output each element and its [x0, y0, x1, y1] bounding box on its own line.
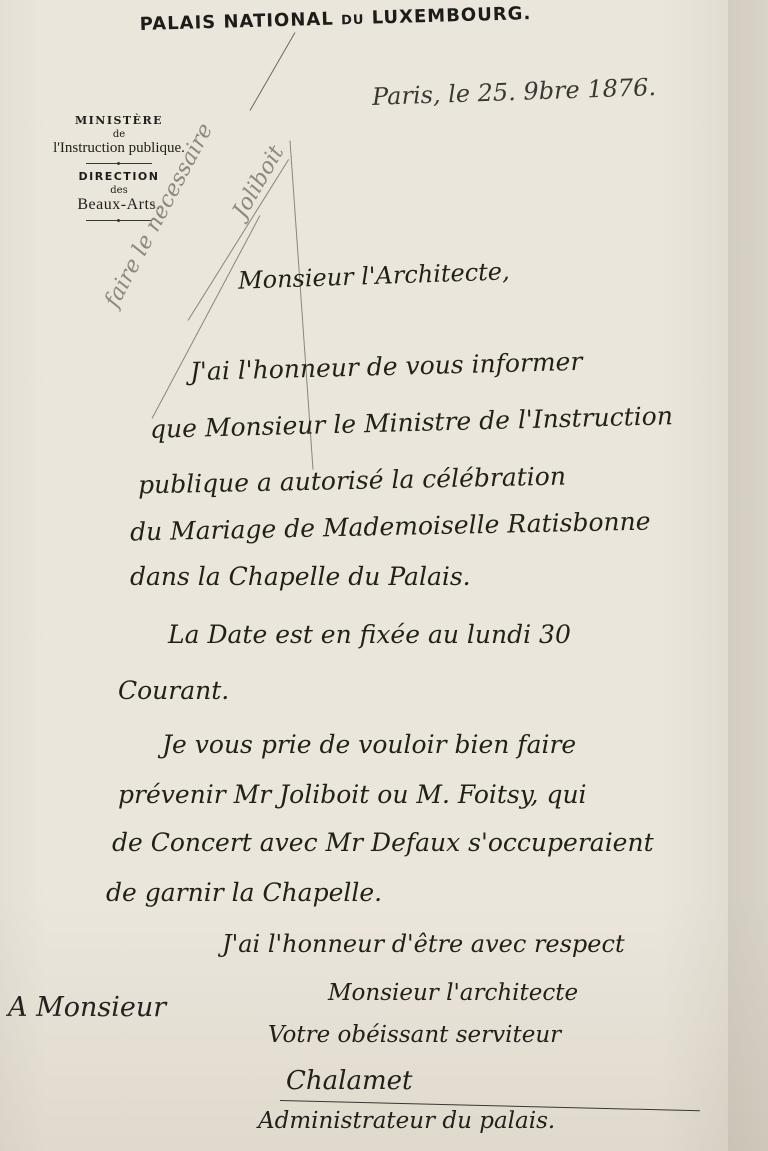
body-line: Je vous prie de vouloir bien faire: [162, 730, 576, 759]
pencil-diagonal-stroke: [152, 215, 261, 419]
letter-date: Paris, le 25. 9bre 1876.: [372, 73, 657, 111]
ministry-de: de: [44, 129, 194, 140]
body-line: prévenir Mr Joliboit ou M. Foitsy, qui: [118, 780, 587, 809]
paper-fold-shadow: [728, 0, 768, 1151]
letterhead-title: PALAIS NATIONAL DU LUXEMBOURG.: [139, 3, 531, 35]
body-line: dans la Chapelle du Palais.: [130, 562, 471, 591]
body-line: de garnir la Chapelle.: [106, 878, 382, 907]
body-line: La Date est en fixée au lundi 30: [168, 620, 571, 649]
closing-line: Monsieur l'architecte: [328, 980, 578, 1006]
pencil-diagonal-stroke: [188, 159, 290, 321]
salutation: Monsieur l'Architecte,: [238, 257, 510, 294]
body-line: que Monsieur le Ministre de l'Instructio…: [150, 401, 674, 444]
body-line: du Mariage de Mademoiselle Ratisbonne: [130, 507, 651, 547]
signatory-title: Administrateur du palais.: [258, 1108, 555, 1134]
ministry-name: l'Instruction publique.: [44, 140, 194, 157]
body-line: de Concert avec Mr Defaux s'occuperaient: [112, 828, 654, 857]
addressee: A Monsieur: [8, 992, 166, 1023]
letterhead-du: DU: [341, 13, 365, 29]
body-line: Courant.: [118, 676, 229, 705]
body-line: J'ai l'honneur de vous informer: [190, 347, 583, 386]
ornament-divider: [86, 163, 152, 164]
body-line: J'ai l'honneur d'être avec respect: [222, 930, 625, 958]
letterhead-palais-national: PALAIS NATIONAL: [139, 9, 334, 35]
letterhead-luxembourg: LUXEMBOURG.: [371, 3, 531, 28]
pencil-top-stroke: [250, 32, 296, 110]
body-line: publique a autorisé la célébration: [138, 462, 566, 500]
closing-line: Votre obéissant serviteur: [268, 1022, 561, 1048]
letter-page: PALAIS NATIONAL DU LUXEMBOURG. MINISTÈRE…: [0, 0, 768, 1151]
ministry-label: MINISTÈRE: [44, 114, 194, 127]
pencil-annotation-right: Joliboit: [228, 141, 289, 222]
signature: Chalamet: [286, 1066, 412, 1096]
